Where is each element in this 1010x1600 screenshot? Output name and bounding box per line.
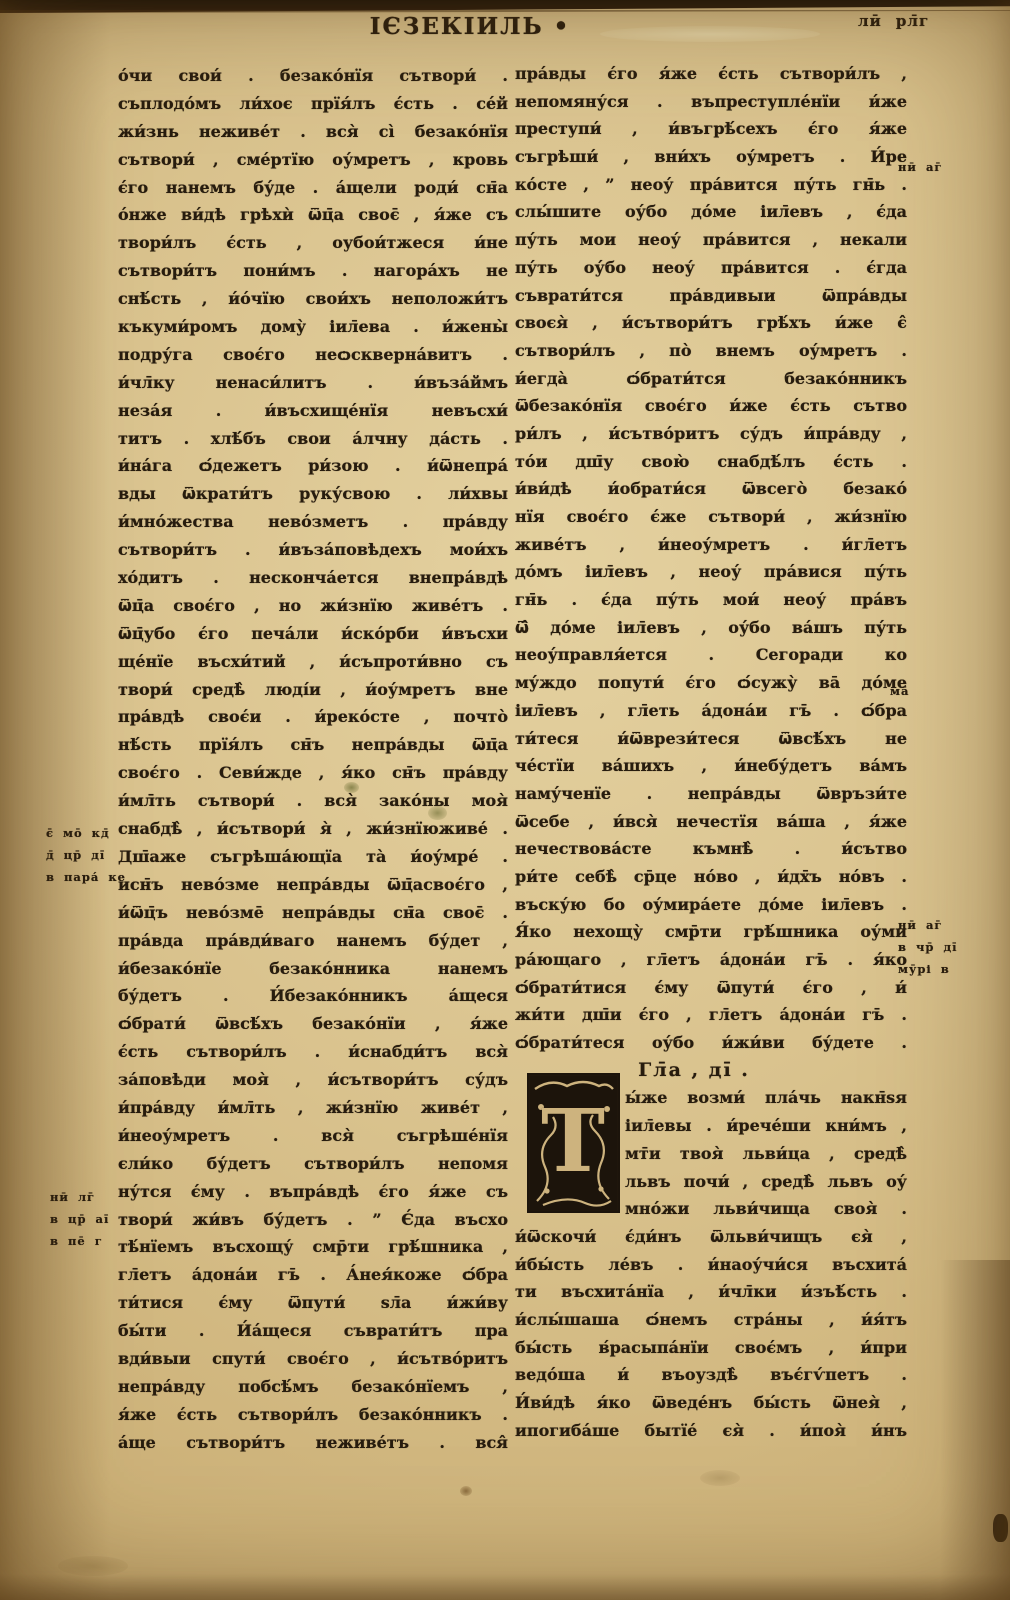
text-line: съгрѣши́ , вни́хъ оу́мретъ . И́ре bbox=[515, 143, 907, 171]
chapter-text: пра́вды є́го я́же є́сть сътвори́лъ ,непо… bbox=[515, 60, 907, 1057]
text-line: твори́лъ є́сть , оубои́тжеся и́не bbox=[118, 229, 508, 257]
scanned-book-page: ІЄЗЕКІИЛЬ • лӣ рл̄г о́чи свои́ . безако́… bbox=[0, 0, 1010, 1600]
initial-letter: Т bbox=[541, 1091, 605, 1192]
text-line: ѻ́брати́тися є́му ѿпути́ є́го , и́ bbox=[515, 974, 907, 1002]
text-line: И́ви́дѣ я́ко ѿведе́нъ бы́сть ѿнея̀ , bbox=[515, 1389, 907, 1417]
margin-note-left-2: нӣ лг̄в цр̄ аі̄в пе̄ г bbox=[50, 1186, 109, 1252]
bottom-edge-shadow bbox=[0, 1574, 1010, 1600]
text-line: нѣ́сть прїя́лъ сн̄ъ непра́вды ѿц̄а bbox=[118, 731, 508, 759]
text-line: а́ще сътвори́тъ неживе́тъ . вся̂ bbox=[118, 1429, 508, 1457]
text-line: снѣ́сть , и́о́чїю свои́хъ неположи́тъ bbox=[118, 285, 508, 313]
text-line: я́же є́сть сътвори́лъ безако́нникъ . bbox=[118, 1401, 508, 1429]
text-beside-initial: ы́же возми́ пла́чь накн̄ѕяіил̄евы . и́ре… bbox=[625, 1084, 907, 1222]
text-line: мт̄и твоя̀ льви́ца , средѣ̀ bbox=[625, 1140, 907, 1168]
text-line: и́ѿц̄ъ нево́зме̄ непра́вды сн̄а своє̄ . bbox=[118, 899, 508, 927]
text-line: наму́ченїе . непра́вды ѿвръзи́те bbox=[515, 780, 907, 808]
text-line: ти́теся и́ѿврези́теся ѿвсѣ́хъ не bbox=[515, 725, 907, 753]
text-line: слы́шите оу́бо до́ме іил̄евъ , є́да bbox=[515, 198, 907, 226]
text-line: твори́ жи́въ бу́детъ . ” Є́да въсхо bbox=[118, 1206, 508, 1234]
text-line: ѻ́брати́теся оу́бо и́жи́ви бу́дете . bbox=[515, 1029, 907, 1057]
text-line: ѿ̂ до́ме іил̄евъ , оу́бо ва́шъ пу́ть bbox=[515, 614, 907, 642]
text-line: ѿц̄убо є́го печа́ли и́ско́рби и́въсхи bbox=[118, 620, 508, 648]
text-line: гн̄ь . є́да пу́ть мои́ неоу́ пра́въ bbox=[515, 586, 907, 614]
text-line: нечествова́сте къмнѣ̀ . и́сътво bbox=[515, 835, 907, 863]
text-line: вди́выи спути́ своє́го , и́сътво́ритъ bbox=[118, 1345, 508, 1373]
margin-note-left-1: є̄ мо̄ кд̄д̄ цр̄ ді̄в пара́ ке bbox=[46, 822, 126, 888]
margin-note-line: в чр̄ ді̄ bbox=[898, 936, 958, 958]
text-line: мно́жи льви́чища своя̀ . bbox=[625, 1195, 907, 1223]
text-line: непомяну́ся . въпреступле́нїи и́же bbox=[515, 88, 907, 116]
text-line: и́ѿскочи́ є́ди́нъ ѿльви́чищъ єя̀ , bbox=[515, 1223, 907, 1251]
paper-stain bbox=[600, 26, 820, 42]
text-column-right: пра́вды є́го я́же є́сть сътвори́лъ ,непо… bbox=[515, 60, 907, 1444]
text-line: сътвори́лъ , по̀ внемъ оу́мретъ . bbox=[515, 337, 907, 365]
text-line: съплодо́мъ ли́хоє прїя́лъ є́сть . се́й bbox=[118, 90, 508, 118]
text-line: пу́ть оу́бо неоу́ пра́вится . є́гда bbox=[515, 254, 907, 282]
margin-note-line: в пе̄ г bbox=[50, 1230, 109, 1252]
text-line: титъ . хлѣ́бъ свои а́лчну да́сть . bbox=[118, 425, 508, 453]
text-column-left: о́чи свои́ . безако́нїя сътвори́ .съплод… bbox=[118, 62, 508, 1457]
text-line: Я́ко нехощу̀ смр̄ти грѣ́шника оу́ми bbox=[515, 918, 907, 946]
text-line: ѿсебе , и́вся̀ нечестїя ва́ша , я́же bbox=[515, 808, 907, 836]
text-line: ще́нїе въсхи́тий , и́съпроти́вно съ bbox=[118, 648, 508, 676]
text-line: вды ѿкрати́тъ руку́свою . ли́хвы bbox=[118, 480, 508, 508]
paper-stain bbox=[460, 1486, 472, 1496]
text-line: и́пра́вду и́мл̄ть , жи́знїю живе́т , bbox=[118, 1094, 508, 1122]
text-line: ведо́ша и́ въоуздѣ̀ въє́гѵ́петъ . bbox=[515, 1361, 907, 1389]
text-line: нїя своє́го є́же сътвори́ , жи́знїю bbox=[515, 503, 907, 531]
text-line: преступи́ , и́въгрѣ́сехъ є́го я́же bbox=[515, 115, 907, 143]
text-line: и́мно́жества нево́зметъ . пра́вду bbox=[118, 508, 508, 536]
text-line: є́сть сътвори́лъ . и́снабди́тъ вся̀ bbox=[118, 1038, 508, 1066]
text-line: за́повѣди моя̀ , и́сътвори́тъ су́дъ bbox=[118, 1066, 508, 1094]
text-after-initial: и́ѿскочи́ є́ди́нъ ѿльви́чищъ єя̀ ,и́бы́с… bbox=[515, 1223, 907, 1445]
text-line: и́ви́дѣ и́обрати́ся ѿвсего̀ безако́ bbox=[515, 475, 907, 503]
text-line: подру́га своє́го неѻскверна́витъ . bbox=[118, 341, 508, 369]
text-line: львъ почи́ , средѣ̀ львъ оу́ bbox=[625, 1168, 907, 1196]
text-line: ѿбезако́нїя своє́го и́же є́сть сътво bbox=[515, 392, 907, 420]
text-line: ти́тися є́му ѿпути́ ѕл̄а и́жи́ву bbox=[118, 1289, 508, 1317]
text-line: бы́ти . И́а́щеся съврати́тъ пра bbox=[118, 1317, 508, 1345]
text-line: непра́вду побсѣ́мъ безако́нїемъ , bbox=[118, 1373, 508, 1401]
text-line: пра́вда пра́вди́ваго нанемъ бу́дет , bbox=[118, 927, 508, 955]
text-line: живе́тъ , и́неоу́мретъ . и́гл̄етъ bbox=[515, 531, 907, 559]
margin-note-right-1: нӣ аг̄ bbox=[898, 156, 942, 178]
text-line: къкуми́ромъ дому̀ іил̄ева . и́жены̀ bbox=[118, 313, 508, 341]
text-line: че́стїи ва́шихъ , и́небу́детъ ва́мъ bbox=[515, 752, 907, 780]
text-line: своє́го . Севи́жде , я́ко сн̄ъ пра́вду bbox=[118, 759, 508, 787]
text-line: ри́лъ , и́сътво́ритъ су́дъ и́пра́вду , bbox=[515, 420, 907, 448]
page-title: ІЄЗЕКІИЛЬ • bbox=[352, 13, 588, 40]
text-line: о́нже ви́дѣ грѣхѝ ѿц̄а своє̄ , я́же съ bbox=[118, 201, 508, 229]
text-line: пра́вдѣ своє́и . и́реко́сте , почто̀ bbox=[118, 703, 508, 731]
text-line: тѣ́нїемъ въсхощу́ смр̄ти грѣ́шника , bbox=[118, 1233, 508, 1261]
text-line: му́ждо попути́ є́го ѻ́сужу̀ ва̄ до́ме bbox=[515, 669, 907, 697]
text-line: сътвори́тъ пони́мъ . нагора́хъ не bbox=[118, 257, 508, 285]
text-line: бу́детъ . И́безако́нникъ а́щеся bbox=[118, 982, 508, 1010]
text-line: жи́ти дш̄и є́го , гл̄етъ а́дона́и гъ̄ . bbox=[515, 1001, 907, 1029]
text-line: ы́же возми́ пла́чь накн̄ѕя bbox=[625, 1084, 907, 1112]
text-line: ти въсхита́нїа , и́чл̄ки и́зъѣ́сть . bbox=[515, 1278, 907, 1306]
text-line: и́бы́сть ле́въ . и́наоу́чи́ся въсхита́ bbox=[515, 1251, 907, 1279]
margin-note-line: є̄ мо̄ кд̄ bbox=[46, 822, 126, 844]
text-line: своєя̀ , и́сътвори́тъ грѣ́хъ и́же є̂ bbox=[515, 309, 907, 337]
text-line: и́неоу́мретъ . вся̀ съгрѣше́нїя bbox=[118, 1122, 508, 1150]
text-line: ипогиба́ше бытїе́ єя̀ . и́поя̀ и́нъ bbox=[515, 1417, 907, 1445]
text-line: и́мл̄ть сътвори́ . вся̀ зако́ны моя̀ bbox=[118, 787, 508, 815]
text-line: сътвори́тъ . и́въза́повѣдехъ мои́хъ bbox=[118, 536, 508, 564]
text-line: пу́ть мои неоу́ пра́вится , некали bbox=[515, 226, 907, 254]
text-line: исн̄ъ нево́зме непра́вды ѿц̄асвоє́го , bbox=[118, 871, 508, 899]
text-line: въску́ю бо оу́мира́ете до́ме іил̄евъ . bbox=[515, 891, 907, 919]
margin-note-line: д̄ цр̄ ді̄ bbox=[46, 844, 126, 866]
text-line: іил̄евъ , гл̄еть а́дона́и гъ̄ . ѻ́бра bbox=[515, 697, 907, 725]
text-line: іил̄евы . и́рече́ши кни́мъ , bbox=[625, 1112, 907, 1140]
text-line: бы́сть в́расыпа́нїи своє́мъ , и́при bbox=[515, 1334, 907, 1362]
text-line: Дш̄аже съгрѣша́ющїа та̀ и́оу́мре́ . bbox=[118, 843, 508, 871]
right-edge-shadow bbox=[940, 1260, 1010, 1600]
text-line: съврати́тся пра́вдивыи ѿпра́вды bbox=[515, 282, 907, 310]
margin-note-line: нӣ аг̄ bbox=[898, 156, 942, 178]
text-line: и́егда̀ ѻ́брати́тся безако́нникъ bbox=[515, 365, 907, 393]
text-line: хо́дитъ . несконча́ется внепра́вдѣ bbox=[118, 564, 508, 592]
text-line: о́чи свои́ . безако́нїя сътвори́ . bbox=[118, 62, 508, 90]
text-line: сътвори́ , сме́ртїю оу́мретъ , кровь bbox=[118, 146, 508, 174]
margin-note-line: в пара́ ке bbox=[46, 866, 126, 888]
text-line: твори́ средѣ̀ люді́и , и́оу́мретъ вне bbox=[118, 676, 508, 704]
folio-number: лӣ рл̄г bbox=[858, 12, 948, 30]
gutter-shadow bbox=[0, 0, 110, 1600]
margin-note-right-3: нӣ аг̄в чр̄ ді̄мӯрі в bbox=[898, 914, 958, 980]
text-line: и́слы́шаша ѻ́немъ стра́ны , и́я́тъ bbox=[515, 1306, 907, 1334]
text-line: снабдѣ̀ , и́сътвори́ я̀ , жи́знїюживе́ . bbox=[118, 815, 508, 843]
margin-note-line: нӣ аг̄ bbox=[898, 914, 958, 936]
text-line: ѿц̄а своє́го , но жи́знїю живе́тъ . bbox=[118, 592, 508, 620]
text-line: ѻ́брати́ ѿвсѣ́хъ безако́нїи , я́же bbox=[118, 1010, 508, 1038]
text-line: и́чл̄ку ненаси́литъ . и́въза́ймъ bbox=[118, 369, 508, 397]
text-line: є́го нанемъ бу́де . а́щели роди́ сн̄а bbox=[118, 174, 508, 202]
paper-stain bbox=[700, 1470, 740, 1486]
woodcut-initial-icon: Т bbox=[527, 1073, 620, 1213]
text-line: ри́те себѣ̀ ср̄це но́во , и́дх̄ъ но́въ . bbox=[515, 863, 907, 891]
text-line: и́на́га ѻ́дежетъ ри́зою . и́ѿнепра́ bbox=[118, 452, 508, 480]
text-line: жи́знь неживе́т . вся̀ сі̀ безако́нїя bbox=[118, 118, 508, 146]
margin-note-right-2: ма̄ bbox=[890, 680, 909, 702]
text-line: ра́ющаго , гл̄етъ а́дона́и гъ̄ . я́ко bbox=[515, 946, 907, 974]
text-line: неза́я . и́въсхище́нїя невъсхи́ bbox=[118, 397, 508, 425]
margin-note-line: в цр̄ аі̄ bbox=[50, 1208, 109, 1230]
text-line: єли́ко бу́детъ сътвори́лъ непомя bbox=[118, 1150, 508, 1178]
margin-note-line: нӣ лг̄ bbox=[50, 1186, 109, 1208]
text-line: ко́сте , ” неоу́ пра́вится пу́ть гн̄ь . bbox=[515, 171, 907, 199]
text-line: пра́вды є́го я́же є́сть сътвори́лъ , bbox=[515, 60, 907, 88]
margin-note-line: мӯрі в bbox=[898, 958, 958, 980]
text-line: то́и дш̄у свою̀ снабдѣ́лъ є́сть . bbox=[515, 448, 907, 476]
margin-note-line: ма̄ bbox=[890, 680, 909, 702]
text-line: ну́тся є́му . въпра́вдѣ є́го я́же съ bbox=[118, 1178, 508, 1206]
text-line: и́безако́нїе безако́нника нанемъ bbox=[118, 955, 508, 983]
text-line: неоу́правля́ется . Сегоради ко bbox=[515, 641, 907, 669]
text-line: до́мъ іил̄евъ , неоу́ пра́вися пу́ть bbox=[515, 558, 907, 586]
text-line: гл̄етъ а́дона́и гъ̄ . А́нея́коже ѻ́бра bbox=[118, 1261, 508, 1289]
